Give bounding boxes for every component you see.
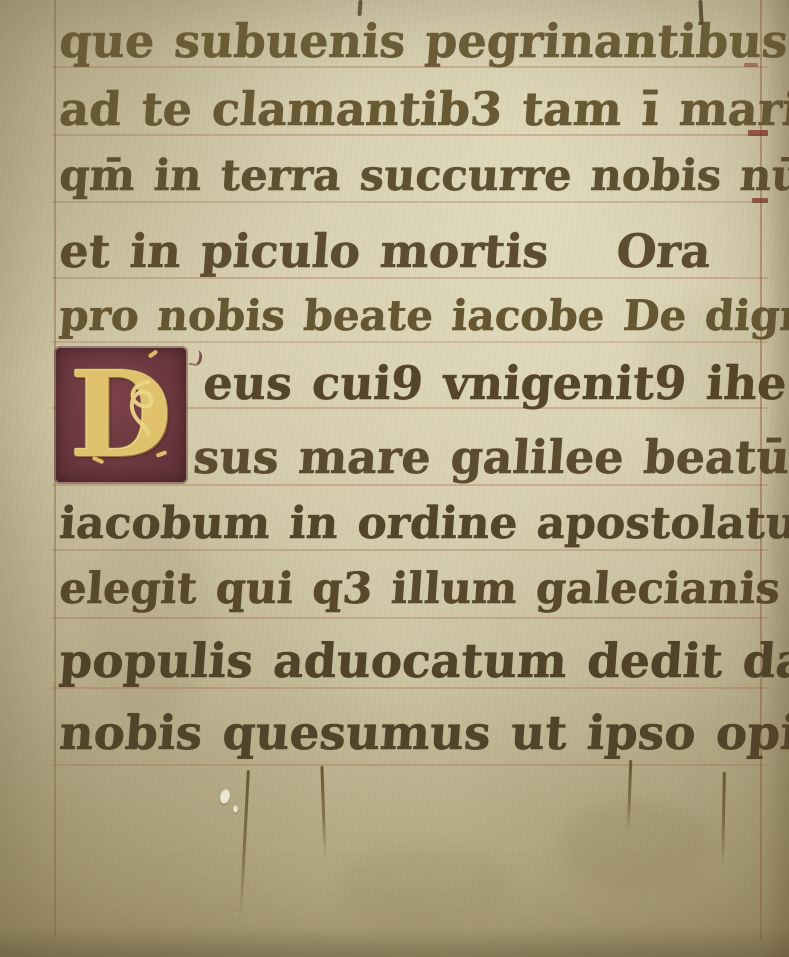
text-line-content: et in piculo mortis	[58, 224, 551, 278]
text-line-content: populis aduocatum dedit da	[58, 634, 789, 689]
text-line: et in piculo mortis Ora	[58, 228, 768, 274]
text-line: qm̄ in terra succurre nobis nūc	[58, 155, 789, 198]
text-line-content: eus cui9 vnigenit9 ihe	[202, 356, 789, 410]
text-line-content: sus mare galilee beatū	[192, 430, 789, 484]
ruling-line	[52, 341, 768, 343]
initial-flourish-icon	[118, 376, 162, 442]
cropped-stroke	[698, 0, 703, 24]
parchment-flaw	[233, 805, 238, 813]
text-line: que subuenis pegrinantibus	[58, 18, 789, 64]
text-line: populis aduocatum dedit da	[58, 638, 789, 685]
illuminated-initial: D	[56, 348, 186, 482]
ruling-line	[52, 617, 768, 619]
text-line-content: ad te clamantib3 tam ī mari	[58, 82, 789, 136]
descender-stroke	[627, 760, 633, 832]
page-edge-shadow	[0, 927, 789, 957]
text-line: nobis quesumus ut ipso opi	[58, 710, 789, 757]
text-line-content: qm̄ in terra succurre nobis nūc	[58, 151, 789, 201]
text-line: eus cui9 vnigenit9 ihe	[202, 360, 788, 406]
text-line-content: iacobum in ordine apostolatus	[58, 498, 789, 549]
descender-stroke	[721, 772, 726, 868]
text-line-content: nobis quesumus ut ipso opi	[58, 706, 789, 761]
text-line-content: pro nobis beate iacobe De digni	[58, 291, 789, 340]
descender-stroke	[320, 766, 326, 858]
text-line: pro nobis beate iacobe De digni	[58, 295, 789, 337]
rubric-word: Ora	[615, 228, 712, 274]
bleedthrough-blot	[340, 845, 510, 925]
text-line-content: elegit qui q3 illum galecianis	[58, 564, 782, 614]
ruling-line	[52, 484, 768, 486]
manuscript-page: que subuenis pegrinantibus ad te clamant…	[0, 0, 789, 957]
descender-stroke	[239, 770, 250, 918]
ruling-line	[52, 549, 768, 551]
text-line: iacobum in ordine apostolatus	[58, 502, 789, 546]
text-line: elegit qui q3 illum galecianis	[58, 568, 781, 611]
bleedthrough-blot	[560, 800, 710, 890]
pen-flourish	[188, 349, 203, 367]
ruling-line	[52, 201, 768, 203]
text-line-content: que subuenis pegrinantibus	[58, 14, 789, 68]
text-line: ad te clamantib3 tam ī mari	[58, 86, 789, 132]
parchment-flaw	[218, 788, 231, 805]
ruling-line	[52, 764, 768, 766]
text-line: sus mare galilee beatū	[192, 434, 789, 480]
